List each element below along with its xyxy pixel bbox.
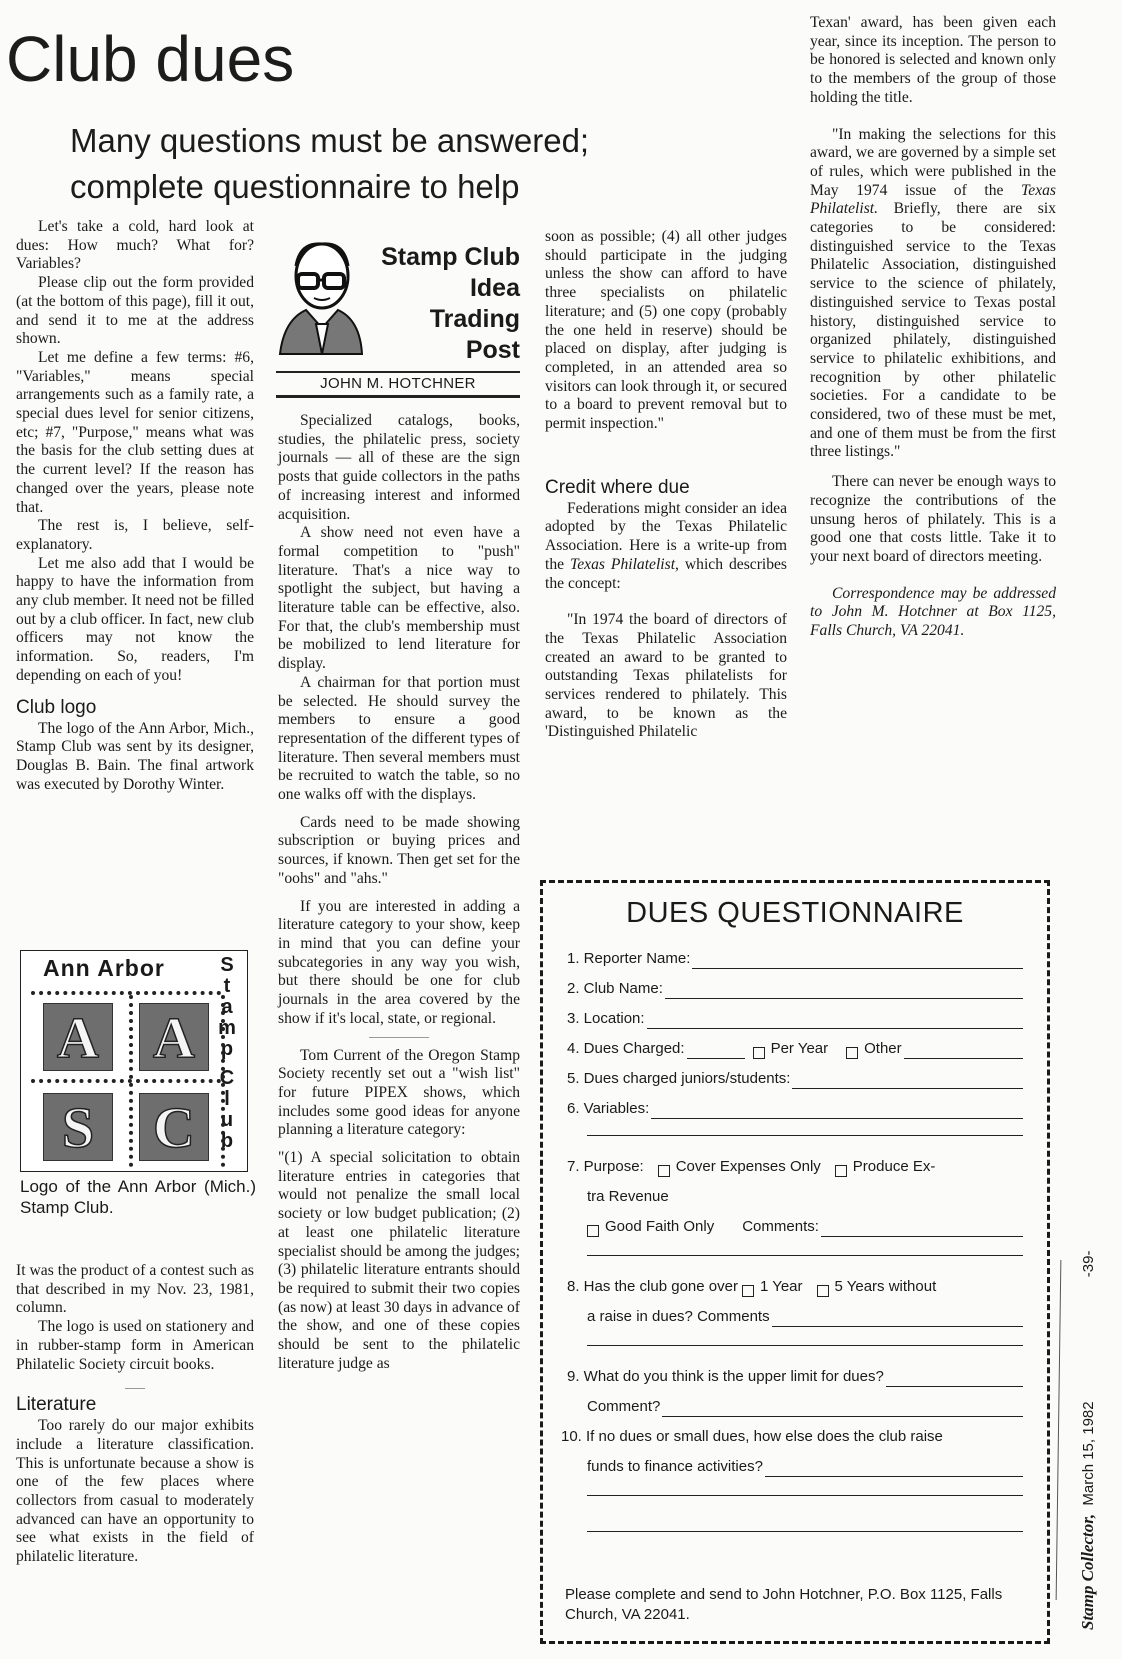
paragraph: "In making the selections for this award… [810, 126, 1056, 463]
cover-expenses-checkbox[interactable] [658, 1165, 670, 1177]
field-raise-comments[interactable]: a raise in dues? Comments [587, 1307, 1023, 1327]
page-number: -39- [1080, 1251, 1097, 1278]
checkbox-label: Per Year [771, 1039, 829, 1059]
logo-caption: Logo of the Ann Arbor (Mich.) Stamp Club… [20, 1176, 256, 1218]
field-junior-dues[interactable]: 5. Dues charged juniors/students: [567, 1069, 1023, 1089]
paragraph: Specialized catalogs, books, studies, th… [278, 412, 520, 524]
paragraph: soon as possible; (4) all other judges s… [545, 228, 787, 434]
text: "In making the selections for this award… [810, 126, 1056, 199]
field-label: 7. Purpose: [567, 1157, 644, 1177]
purpose-comments-input[interactable] [821, 1223, 1023, 1237]
logo-letter: m [217, 1018, 237, 1039]
upper-limit-input[interactable] [886, 1373, 1023, 1387]
paragraph: Tom Current of the Oregon Stamp Society … [278, 1047, 520, 1141]
five-years-checkbox[interactable] [817, 1285, 829, 1297]
other-checkbox[interactable] [846, 1047, 858, 1059]
field-label: 10. If no dues or small dues, how else d… [561, 1427, 943, 1447]
field-variables[interactable]: 6. Variables: [567, 1099, 1023, 1119]
paragraph: It was the product of a contest such as … [16, 1262, 254, 1318]
fundraising-line-3[interactable] [587, 1531, 1023, 1532]
purpose-comments-line-2[interactable] [587, 1255, 1023, 1256]
field-label: 2. Club Name: [567, 979, 663, 999]
checkbox-label: Produce Ex- [853, 1157, 936, 1177]
logo-top-text: Ann Arbor [43, 955, 165, 982]
field-club-name[interactable]: 2. Club Name: [567, 979, 1023, 999]
paragraph: Let's take a cold, hard look at dues: Ho… [16, 218, 254, 274]
junior-dues-input[interactable] [792, 1075, 1023, 1089]
field-purpose-good-faith: Good Faith Only Comments: [583, 1217, 1023, 1237]
club-name-input[interactable] [665, 985, 1023, 999]
column-title-line: Stamp Club [381, 242, 520, 273]
field-reporter-name[interactable]: 1. Reporter Name: [567, 949, 1023, 969]
section-heading-club-logo: Club logo [16, 696, 254, 720]
checkbox-label: 1 Year [760, 1277, 803, 1297]
subtitle-line-1: Many questions must be answered; [70, 118, 589, 164]
stamp-tile-a: A [43, 1003, 113, 1071]
field-fundraising: 10. If no dues or small dues, how else d… [561, 1427, 1023, 1447]
correspondence-note: Correspondence may be addressed to John … [810, 585, 1056, 641]
raise-comments-line-2[interactable] [587, 1345, 1023, 1346]
paragraph: Cards need to be made showing subscripti… [278, 814, 520, 889]
stamp-tile-c: C [139, 1093, 209, 1161]
fundraising-input[interactable] [765, 1463, 1023, 1477]
paragraph: Let me also add that I would be happy to… [16, 555, 254, 686]
subtitle-line-2: complete questionnaire to help [70, 164, 589, 210]
quote-paragraph: "(1) A special solicitation to obtain li… [278, 1149, 520, 1373]
produce-extra-revenue-checkbox[interactable] [835, 1165, 847, 1177]
publication-name: Stamp Collector, [1078, 1514, 1097, 1630]
raise-comments-input[interactable] [772, 1313, 1023, 1327]
perforation-icon [129, 995, 133, 1167]
field-raise: 8. Has the club gone over 1 Year 5 Years… [567, 1277, 1023, 1297]
perforation-icon [221, 995, 225, 1167]
checkbox-label: 5 Years without [835, 1277, 937, 1297]
checkbox-label: Other [864, 1039, 902, 1059]
field-location[interactable]: 3. Location: [567, 1009, 1023, 1029]
purpose-continued: tra Revenue [587, 1187, 1023, 1207]
checkbox-label: Good Faith Only [605, 1217, 714, 1237]
field-purpose: 7. Purpose: Cover Expenses Only Produce … [567, 1157, 1023, 1177]
dues-amount-input[interactable] [687, 1045, 745, 1059]
ann-arbor-stamp-club-logo: Ann Arbor S t a m p C l u b A A S C [20, 950, 248, 1172]
paragraph: Please clip out the form provided (at th… [16, 274, 254, 349]
section-heading-literature: Literature [16, 1393, 254, 1417]
perforation-icon [31, 991, 221, 995]
field-label: 6. Variables: [567, 1099, 649, 1119]
divider [369, 1037, 429, 1038]
column-title-line: Trading [381, 304, 520, 335]
per-year-checkbox[interactable] [753, 1047, 765, 1059]
field-upper-limit-comment[interactable]: Comment? [587, 1397, 1023, 1417]
paragraph: The rest is, I believe, self-explanatory… [16, 517, 254, 554]
dues-questionnaire-form: DUES QUESTIONNAIRE 1. Reporter Name: 2. … [540, 880, 1050, 1644]
checkbox-label: Cover Expenses Only [676, 1157, 821, 1177]
paragraph: Too rarely do our major exhibits include… [16, 1417, 254, 1567]
one-year-checkbox[interactable] [742, 1285, 754, 1297]
page-edge-rule [1056, 1260, 1062, 1600]
variables-input[interactable] [651, 1105, 1023, 1119]
column-masthead: Stamp Club Idea Trading Post JOHN M. HOT… [276, 236, 520, 406]
byline: JOHN M. HOTCHNER [276, 371, 520, 398]
publication-name: Texas Philatelist [570, 556, 675, 573]
field-label: Comment? [587, 1397, 660, 1417]
field-label: 5. Dues charged juniors/students: [567, 1069, 790, 1089]
paragraph: Federations might consider an idea adopt… [545, 500, 787, 594]
logo-letter: a [217, 997, 237, 1018]
field-label: 9. What do you think is the upper limit … [567, 1367, 884, 1387]
upper-limit-comment-input[interactable] [662, 1403, 1023, 1417]
form-mailing-instructions: Please complete and send to John Hotchne… [565, 1585, 1027, 1625]
stamp-tile-a: A [139, 1003, 209, 1071]
text: Briefly, there are six categories to be … [810, 200, 1056, 460]
field-label: 4. Dues Charged: [567, 1039, 685, 1059]
column-title-line: Idea [381, 273, 520, 304]
other-input[interactable] [904, 1045, 1023, 1059]
author-portrait-icon [276, 236, 364, 356]
logo-letter: p [217, 1039, 237, 1060]
logo-letter: u [217, 1110, 237, 1131]
paragraph: The logo is used on stationery and in ru… [16, 1318, 254, 1374]
paragraph: A chairman for that portion must be sele… [278, 674, 520, 805]
paragraph: A show need not even have a formal compe… [278, 524, 520, 674]
form-title: DUES QUESTIONNAIRE [543, 897, 1047, 930]
checkbox-label: tra Revenue [587, 1187, 669, 1207]
article-subtitle: Many questions must be answered; complet… [70, 118, 589, 210]
column-1: Let's take a cold, hard look at dues: Ho… [16, 218, 254, 794]
page-edge-footer: Stamp Collector, March 15, 1982 -39- [1078, 1251, 1098, 1630]
paragraph: If you are interested in adding a litera… [278, 898, 520, 1029]
column-title: Stamp Club Idea Trading Post [381, 242, 520, 366]
issue-date: March 15, 1982 [1080, 1401, 1097, 1505]
good-faith-checkbox[interactable] [587, 1225, 599, 1237]
logo-side-text: S t a m p C l u b [217, 955, 237, 1152]
paragraph: There can never be enough ways to recogn… [810, 473, 1056, 567]
field-label: 1. Reporter Name: [567, 949, 690, 969]
variables-input-line-2[interactable] [587, 1135, 1023, 1136]
field-label: funds to finance activities? [587, 1457, 763, 1477]
stamp-tile-s: S [43, 1093, 113, 1161]
column-2: Specialized catalogs, books, studies, th… [278, 412, 520, 1373]
paragraph: The logo of the Ann Arbor, Mich., Stamp … [16, 720, 254, 795]
field-label: Comments: [742, 1217, 819, 1237]
logo-letter: l [217, 1089, 237, 1110]
column-1-continued: It was the product of a contest such as … [16, 1262, 254, 1567]
paragraph: Let me define a few terms: #6, "Variable… [16, 349, 254, 517]
field-label: a raise in dues? Comments [587, 1307, 770, 1327]
location-input[interactable] [647, 1015, 1023, 1029]
field-label: 3. Location: [567, 1009, 645, 1029]
reporter-name-input[interactable] [692, 955, 1023, 969]
column-3: soon as possible; (4) all other judges s… [545, 228, 787, 742]
column-4: Texan' award, has been given each year, … [810, 14, 1056, 641]
logo-letter: b [217, 1131, 237, 1152]
field-label: 8. Has the club gone over [567, 1277, 738, 1297]
fundraising-line-2[interactable] [587, 1495, 1023, 1496]
article-title: Club dues [6, 22, 294, 96]
quote-paragraph: "In 1974 the board of directors of the T… [545, 611, 787, 742]
logo-letter: S [217, 955, 237, 976]
perforation-icon [31, 1079, 221, 1083]
section-heading-credit-where-due: Credit where due [545, 476, 787, 500]
field-fundraising-line[interactable]: funds to finance activities? [587, 1457, 1023, 1477]
divider [125, 1388, 145, 1389]
paragraph: Texan' award, has been given each year, … [810, 14, 1056, 108]
field-dues-charged: 4. Dues Charged: Per Year Other [567, 1039, 1023, 1059]
field-upper-limit[interactable]: 9. What do you think is the upper limit … [567, 1367, 1023, 1387]
column-title-line: Post [381, 335, 520, 366]
